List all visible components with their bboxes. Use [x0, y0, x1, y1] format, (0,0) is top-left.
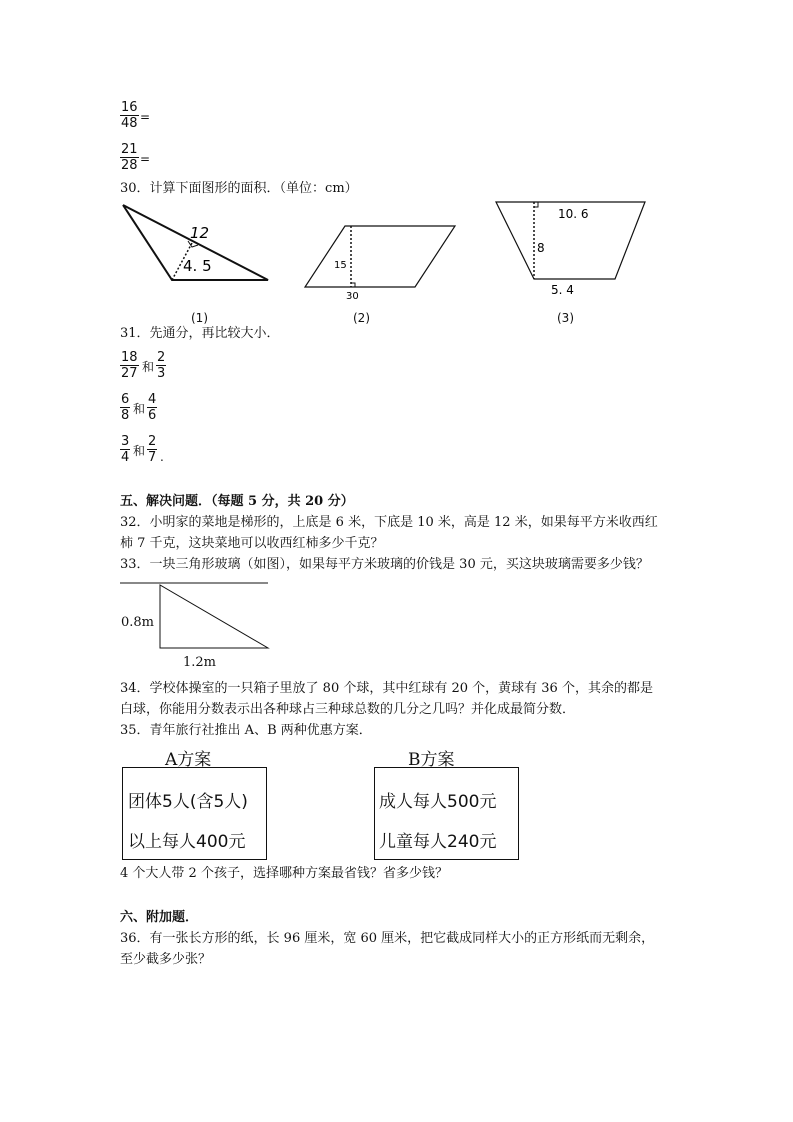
triangle-base-label: 12 — [190, 224, 209, 242]
svg-text:5. 4: 5. 4 — [551, 283, 574, 297]
plan-a-line-2: 以上每人400元 — [128, 827, 245, 852]
fraction-a: 3 4 — [120, 434, 130, 465]
period: . — [160, 450, 164, 464]
numerator: 2 — [147, 434, 157, 450]
numerator: 2 — [156, 350, 166, 366]
numerator: 18 — [120, 350, 139, 366]
question-34-line-2: 白球，你能用分数表示出各种球占三种球总数的几分之几吗？并化成最简分数． — [120, 702, 575, 718]
question-31: 31．先通分，再比较大小． — [120, 326, 280, 342]
figure-caption-1: (1) — [191, 311, 208, 325]
fraction-b: 2 7 — [147, 434, 157, 465]
trapezoid-figure: 10. 6 8 5. 4 — [496, 202, 645, 297]
fraction-16-48: 16 48 — [120, 100, 139, 131]
question-32-line-2: 柿 7 千克，这块菜地可以收西红柿多少千克？ — [120, 536, 384, 552]
svg-text:10. 6: 10. 6 — [558, 207, 589, 221]
svg-text:30: 30 — [346, 291, 359, 302]
joiner: 和 — [133, 400, 145, 417]
fraction-a: 18 27 — [120, 350, 139, 381]
denominator: 7 — [147, 450, 157, 465]
numerator: 16 — [120, 100, 139, 116]
equals-sign: = — [140, 110, 150, 124]
denominator: 8 — [120, 408, 130, 423]
numerator: 3 — [120, 434, 130, 450]
plan-b-line-2: 儿童每人240元 — [379, 827, 496, 852]
figure-caption-2: (2) — [353, 311, 370, 325]
figure-caption-3: (3) — [557, 311, 574, 325]
numerator: 4 — [147, 392, 157, 408]
question-35-question: 4 个大人带 2 个孩子，选择哪种方案最省钱？省多少钱？ — [120, 866, 448, 882]
joiner: 和 — [133, 442, 145, 459]
triangle-figure: 12 4. 5 — [123, 205, 268, 280]
question-33: 33．一块三角形玻璃（如图），如果每平方米玻璃的价钱是 30 元，买这块玻璃需要… — [120, 557, 649, 573]
svg-text:8: 8 — [537, 241, 545, 255]
denominator: 27 — [120, 366, 139, 381]
fraction-21-28: 21 28 — [120, 142, 139, 173]
svg-text:15: 15 — [334, 260, 347, 271]
denominator: 4 — [120, 450, 130, 465]
denominator: 48 — [120, 116, 139, 131]
equals-sign: = — [140, 152, 150, 166]
denominator: 3 — [156, 366, 166, 381]
question-35: 35．青年旅行社推出 A、B 两种优惠方案． — [120, 723, 372, 739]
numerator: 6 — [120, 392, 130, 408]
question-36-line-1: 36．有一张长方形的纸，长 96 厘米，宽 60 厘米，把它截成同样大小的正方形… — [120, 931, 654, 947]
section-5-heading: 五、解决问题．（每题 5 分，共 20 分） — [120, 494, 354, 510]
fraction-a: 6 8 — [120, 392, 130, 423]
triangle-height-label: 4. 5 — [183, 257, 212, 275]
plan-b-line-1: 成人每人500元 — [379, 787, 496, 812]
base-label: 1.2m — [183, 655, 216, 670]
question-34-line-1: 34．学校体操室的一只箱子里放了 80 个球，其中红球有 20 个，黄球有 36… — [120, 681, 653, 697]
fraction-b: 4 6 — [147, 392, 157, 423]
plan-a-line-1: 团体5人(含5人) — [128, 787, 248, 812]
height-label: 0.8m — [121, 615, 154, 630]
question-32-line-1: 32．小明家的菜地是梯形的，上底是 6 米，下底是 10 米，高是 12 米，如… — [120, 515, 658, 531]
fraction-b: 2 3 — [156, 350, 166, 381]
parallelogram-figure: 15 30 — [305, 226, 455, 302]
denominator: 6 — [147, 408, 157, 423]
joiner: 和 — [142, 358, 154, 375]
question-36-line-2: 至少截多少张？ — [120, 952, 211, 968]
section-6-heading: 六、附加题． — [120, 910, 198, 926]
numerator: 21 — [120, 142, 139, 158]
denominator: 28 — [120, 158, 139, 173]
